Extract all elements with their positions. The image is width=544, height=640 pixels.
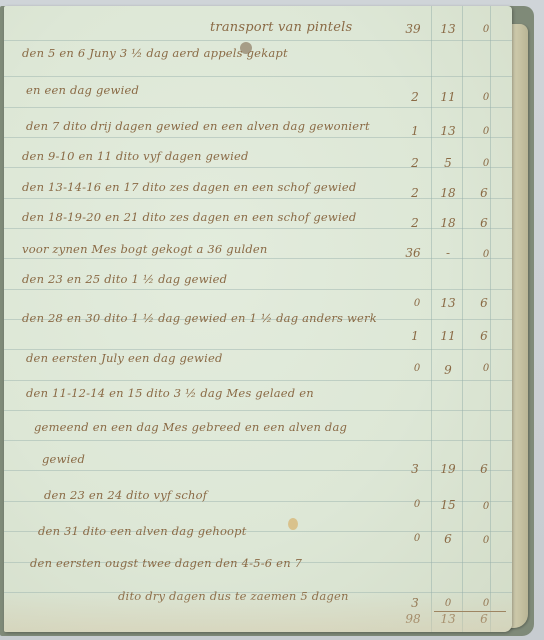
total-stuivers: 13 [434, 612, 462, 626]
column-divider-guilders [431, 6, 432, 632]
entry-line: dito dry dagen dus te zaemen 5 dagen [118, 589, 349, 603]
amount-stuivers: - [434, 246, 462, 260]
amount-stuivers: 11 [434, 90, 462, 104]
amount-guilders: 3 [401, 596, 429, 610]
amount-stuivers: 13 [434, 22, 462, 36]
amount-penningen: 6 [470, 186, 498, 200]
ruling-line [4, 440, 512, 441]
amount-stuivers: 18 [434, 216, 462, 230]
amount-stuivers: 15 [434, 498, 462, 512]
amount-guilders: 0 [403, 363, 431, 374]
entry-line: gewied [42, 452, 85, 466]
amount-penningen: 0 [472, 535, 500, 546]
amount-stuivers: 5 [434, 156, 462, 170]
amount-penningen: 6 [470, 329, 498, 343]
total-penningen: 6 [470, 612, 498, 626]
amount-guilders: 2 [401, 216, 429, 230]
entry-line: den 23 en 25 dito 1 ½ dag gewied [22, 272, 227, 286]
entry-line: den eersten July een dag gewied [26, 351, 223, 365]
amount-penningen: 0 [472, 501, 500, 512]
amount-stuivers: 19 [434, 462, 462, 476]
amount-penningen: 0 [472, 126, 500, 137]
carried-forward-label: transport van pintels [210, 20, 352, 35]
entry-line: den 31 dito een alven dag gehoopt [38, 524, 247, 538]
entry-line: den 9-10 en 11 dito vyf dagen gewied [22, 149, 249, 163]
entry-line: den 28 en 30 dito 1 ½ dag gewied en 1 ½ … [22, 311, 377, 325]
amount-penningen: 6 [470, 216, 498, 230]
entry-line: den eersten ougst twee dagen den 4-5-6 e… [30, 556, 302, 570]
amount-penningen: 0 [472, 24, 500, 35]
amount-penningen: 0 [472, 92, 500, 103]
amount-stuivers: 0 [434, 598, 462, 609]
amount-stuivers: 13 [434, 124, 462, 138]
amount-stuivers: 6 [434, 532, 462, 546]
stain-spot [288, 518, 298, 530]
amount-penningen: 0 [472, 598, 500, 609]
amount-guilders: 39 [399, 22, 427, 36]
amount-guilders: 1 [401, 124, 429, 138]
amount-penningen: 0 [472, 363, 500, 374]
entry-line: den 7 dito drij dagen gewied en een alve… [26, 119, 370, 133]
amount-stuivers: 18 [434, 186, 462, 200]
entry-line: den 13-14-16 en 17 dito zes dagen en een… [22, 180, 356, 194]
ruling-line [4, 349, 512, 350]
amount-guilders: 2 [401, 90, 429, 104]
entry-line: den 5 en 6 Juny 3 ½ dag aerd appels geka… [22, 46, 288, 60]
entry-line: gemeend en een dag Mes gebreed en een al… [34, 420, 347, 434]
entry-line: en een dag gewied [26, 83, 139, 97]
amount-stuivers: 9 [434, 363, 462, 377]
ruling-line [4, 40, 512, 41]
amount-penningen: 0 [472, 158, 500, 169]
amount-stuivers: 13 [434, 296, 462, 310]
amount-guilders: 0 [403, 499, 431, 510]
amount-guilders: 0 [403, 533, 431, 544]
entry-line: den 18-19-20 en 21 dito zes dagen en een… [22, 210, 356, 224]
amount-guilders: 3 [401, 462, 429, 476]
amount-guilders: 2 [401, 186, 429, 200]
entry-line: voor zynen Mes bogt gekogt a 36 gulden [22, 242, 268, 256]
ruling-line [4, 410, 512, 411]
amount-penningen: 0 [472, 249, 500, 260]
amount-guilders: 36 [399, 246, 427, 260]
amount-guilders: 2 [401, 156, 429, 170]
column-divider-stuivers [462, 6, 463, 632]
ruling-line [4, 76, 512, 77]
amount-penningen: 6 [470, 296, 498, 310]
amount-guilders: 1 [401, 329, 429, 343]
ledger-photo: transport van pintels 39 13 0 den 5 en 6… [0, 0, 544, 640]
ruling-line [4, 289, 512, 290]
amount-stuivers: 11 [434, 329, 462, 343]
ledger-page: transport van pintels 39 13 0 den 5 en 6… [4, 6, 512, 632]
ruling-line [4, 107, 512, 108]
ruling-line [4, 380, 512, 381]
amount-penningen: 6 [470, 462, 498, 476]
total-guilders: 98 [399, 612, 427, 626]
amount-guilders: 0 [403, 298, 431, 309]
entry-line: den 11-12-14 en 15 dito 3 ½ dag Mes gela… [26, 386, 314, 400]
entry-line: den 23 en 24 dito vyf schof [44, 488, 207, 502]
